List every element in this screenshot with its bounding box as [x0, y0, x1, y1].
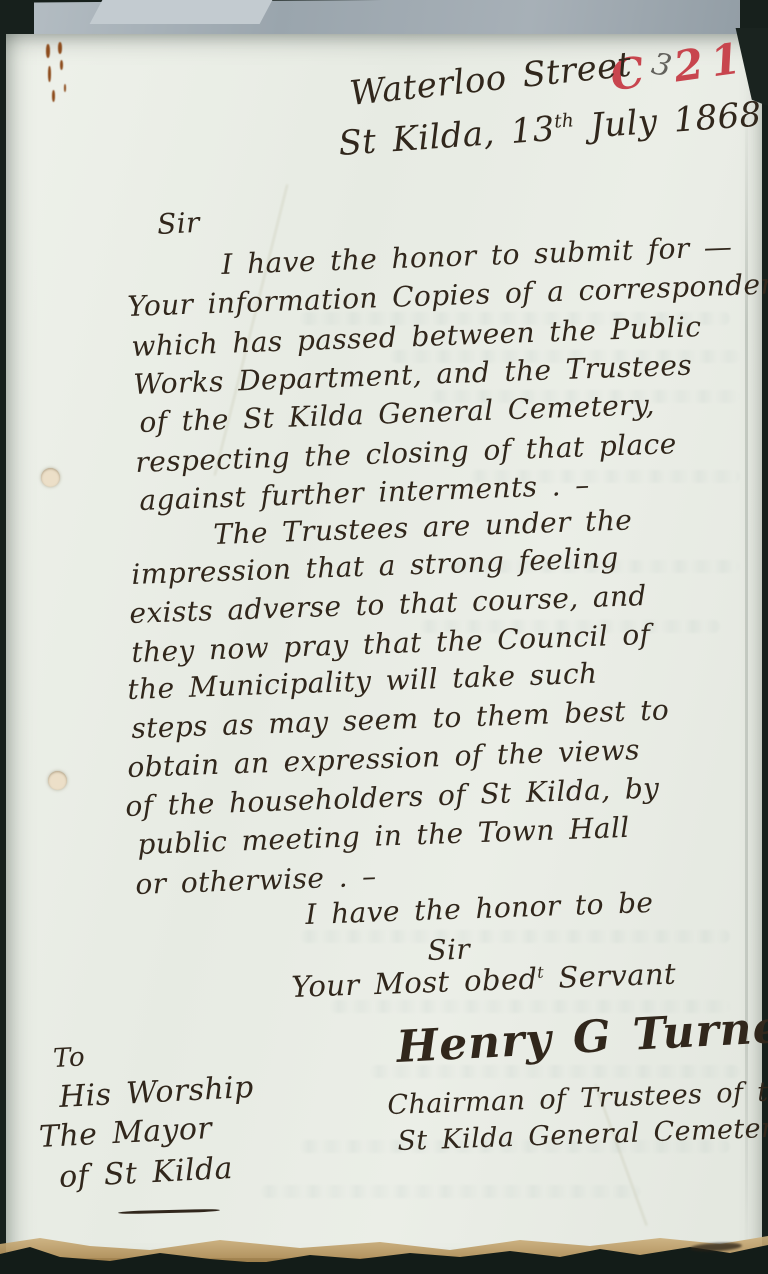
rust-speck: [48, 66, 51, 82]
punch-hole: [41, 468, 60, 487]
punch-hole: [48, 771, 67, 790]
ink-bleedthrough: [300, 930, 730, 943]
backing-sheet-highlight: [90, 0, 273, 24]
rust-speck: [64, 84, 66, 92]
rust-speck: [58, 42, 62, 54]
ink-bleedthrough: [260, 1185, 640, 1198]
rust-speck: [60, 60, 63, 70]
valediction-sir: Sir: [427, 933, 471, 967]
valediction-servant-end: Servant: [543, 957, 676, 996]
salutation: Sir: [156, 206, 200, 241]
rust-speck: [46, 44, 50, 58]
rust-speck: [52, 90, 55, 102]
dateline-ordinal: th: [554, 110, 575, 132]
scanned-letter: C 21 3 Waterloo Street St Kilda, 13th Ju…: [0, 0, 768, 1274]
addressee-line: To: [52, 1042, 85, 1074]
